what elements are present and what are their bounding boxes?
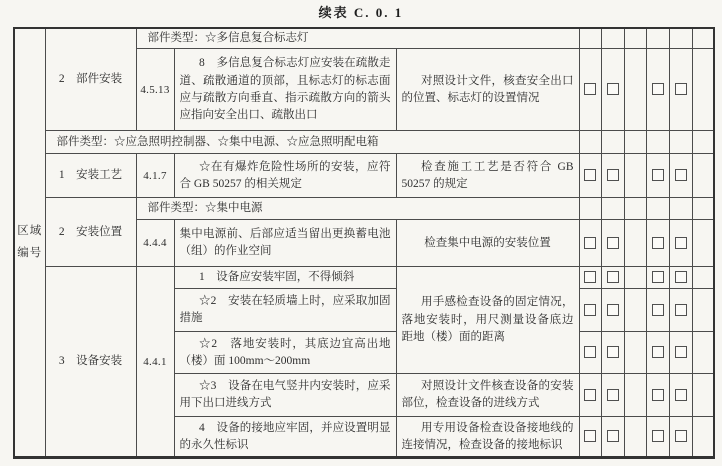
checkbox-cell	[692, 131, 714, 154]
part-type-row-multi-sign: 部件类型：☆多信息复合标志灯	[136, 28, 579, 49]
checkbox-cell	[692, 289, 714, 332]
inspection-table: 区域编号 2 部件安装 部件类型：☆多信息复合标志灯 4.5.13 8 多信息复…	[13, 27, 715, 459]
checkbox-cell	[692, 374, 714, 417]
checkbox-cell	[669, 49, 692, 131]
method-cell: 用专用设备检查设备接地线的连接情况，检查设备的接地标识	[396, 417, 579, 458]
method-cell: 对照设计文件核查设备的安装部位，检查设备的进线方式	[396, 374, 579, 417]
checkbox-cell	[646, 332, 669, 374]
checkbox[interactable]	[584, 271, 596, 283]
checkbox[interactable]	[584, 237, 596, 249]
checkbox-cell	[579, 28, 601, 49]
checkbox[interactable]	[652, 83, 664, 95]
checkbox-cell	[601, 332, 624, 374]
checkbox[interactable]	[584, 83, 596, 95]
table-row: 3 设备安装 4.4.1 1 设备应安装牢固，不得倾斜 用手感检查设备的固定情况…	[14, 267, 714, 289]
checkbox-cell	[579, 198, 601, 220]
checkbox-cell	[624, 417, 646, 458]
checkbox-cell	[624, 332, 646, 374]
checkbox-cell	[669, 417, 692, 458]
region-header-cell: 区域编号	[14, 28, 45, 458]
checkbox-cell	[579, 417, 601, 458]
checkbox-cell	[579, 154, 601, 198]
content-cell: ☆2 落地安装时，其底边宜高出地（楼）面 100mm～200mm	[174, 332, 396, 374]
checkbox-cell	[601, 154, 624, 198]
code-cell: 4.1.7	[136, 154, 174, 198]
checkbox-cell	[579, 289, 601, 332]
table-row: 部件类型：☆应急照明控制器、☆集中电源、☆应急照明配电箱	[14, 131, 714, 154]
item-cell-install-craft: 1 安装工艺	[45, 154, 136, 198]
checkbox[interactable]	[652, 430, 664, 442]
checkbox-cell	[579, 131, 601, 154]
checkbox-cell	[646, 28, 669, 49]
checkbox[interactable]	[607, 304, 619, 316]
checkbox[interactable]	[607, 346, 619, 358]
checkbox[interactable]	[675, 237, 687, 249]
content-cell: 1 设备应安装牢固，不得倾斜	[174, 267, 396, 289]
checkbox-cell	[601, 49, 624, 131]
checkbox[interactable]	[607, 430, 619, 442]
content-cell: ☆3 设备在电气竖井内安装时，应采用下出口进线方式	[174, 374, 396, 417]
checkbox-cell	[646, 220, 669, 267]
method-cell: 检查施工工艺是否符合 GB 50257 的规定	[396, 154, 579, 198]
checkbox-cell	[646, 49, 669, 131]
checkbox-cell	[624, 267, 646, 289]
checkbox-cell	[601, 267, 624, 289]
code-cell: 4.4.1	[136, 267, 174, 458]
checkbox-cell	[692, 28, 714, 49]
checkbox[interactable]	[675, 83, 687, 95]
code-cell: 4.5.13	[136, 49, 174, 131]
content-cell: ☆在有爆炸危险性场所的安装，应符合 GB 50257 的相关规定	[174, 154, 396, 198]
checkbox-cell	[692, 154, 714, 198]
table-row: 2 安装位置 部件类型：☆集中电源	[14, 198, 714, 220]
checkbox[interactable]	[584, 346, 596, 358]
checkbox[interactable]	[675, 389, 687, 401]
content-cell: 8 多信息复合标志灯应安装在疏散走道、疏散通道的顶部，且标志灯的标志面应与疏散方…	[174, 49, 396, 131]
checkbox-cell	[579, 332, 601, 374]
checkbox-cell	[601, 417, 624, 458]
method-cell: 用手感检查设备的固定情况，落地安装时，用尺测量设备底边距地（楼）面的距离	[396, 267, 579, 374]
checkbox-cell	[646, 131, 669, 154]
checkbox[interactable]	[652, 237, 664, 249]
checkbox-cell	[646, 198, 669, 220]
checkbox-cell	[624, 154, 646, 198]
checkbox[interactable]	[675, 304, 687, 316]
item-cell-component-install: 2 部件安装	[45, 28, 136, 131]
checkbox-cell	[579, 220, 601, 267]
checkbox-cell	[601, 374, 624, 417]
checkbox-cell	[669, 28, 692, 49]
checkbox-cell	[692, 198, 714, 220]
checkbox-cell	[579, 374, 601, 417]
checkbox-cell	[601, 289, 624, 332]
checkbox-cell	[692, 267, 714, 289]
checkbox[interactable]	[607, 271, 619, 283]
checkbox-cell	[646, 289, 669, 332]
checkbox-cell	[646, 417, 669, 458]
checkbox[interactable]	[607, 237, 619, 249]
checkbox-cell	[624, 198, 646, 220]
checkbox-cell	[624, 374, 646, 417]
checkbox-cell	[669, 198, 692, 220]
content-cell: 4 设备的接地应牢固，并应设置明显的永久性标识	[174, 417, 396, 458]
table-row: 1 安装工艺 4.1.7 ☆在有爆炸危险性场所的安装，应符合 GB 50257 …	[14, 154, 714, 198]
checkbox[interactable]	[584, 389, 596, 401]
part-type-row-central-power: 部件类型：☆集中电源	[136, 198, 579, 220]
item-cell-device-install: 3 设备安装	[45, 267, 136, 458]
content-cell: 集中电源前、后部应适当留出更换蓄电池（组）的作业空间	[174, 220, 396, 267]
method-cell: 检查集中电源的安装位置	[396, 220, 579, 267]
checkbox-cell	[669, 374, 692, 417]
checkbox[interactable]	[652, 169, 664, 181]
checkbox[interactable]	[675, 169, 687, 181]
checkbox-cell	[624, 28, 646, 49]
checkbox[interactable]	[652, 271, 664, 283]
checkbox-cell	[692, 49, 714, 131]
part-type-row-controller: 部件类型：☆应急照明控制器、☆集中电源、☆应急照明配电箱	[45, 131, 579, 154]
checkbox[interactable]	[607, 83, 619, 95]
checkbox-cell	[579, 49, 601, 131]
table-row: 区域编号 2 部件安装 部件类型：☆多信息复合标志灯	[14, 28, 714, 49]
checkbox[interactable]	[652, 346, 664, 358]
checkbox[interactable]	[607, 389, 619, 401]
checkbox[interactable]	[584, 430, 596, 442]
checkbox-cell	[624, 49, 646, 131]
scanned-page: 续表 C. 0. 1 区域编号 2 部件安装 部件类型：☆多信息复合标志灯 4.…	[0, 0, 722, 466]
checkbox[interactable]	[652, 304, 664, 316]
method-cell: 对照设计文件，核查安全出口的位置、标志灯的设置情况	[396, 49, 579, 131]
checkbox-cell	[692, 332, 714, 374]
checkbox-cell	[601, 131, 624, 154]
checkbox[interactable]	[652, 389, 664, 401]
checkbox-cell	[601, 198, 624, 220]
checkbox[interactable]	[675, 430, 687, 442]
checkbox[interactable]	[584, 169, 596, 181]
content-cell: ☆2 安装在轻质墙上时，应采取加固措施	[174, 289, 396, 332]
checkbox[interactable]	[584, 304, 596, 316]
checkbox-cell	[579, 267, 601, 289]
checkbox-cell	[669, 289, 692, 332]
item-cell-install-position: 2 安装位置	[45, 198, 136, 267]
checkbox-cell	[669, 131, 692, 154]
checkbox-cell	[669, 154, 692, 198]
checkbox-cell	[646, 267, 669, 289]
checkbox-cell	[646, 154, 669, 198]
checkbox-cell	[669, 332, 692, 374]
checkbox-cell	[624, 131, 646, 154]
checkbox-cell	[669, 267, 692, 289]
checkbox-cell	[624, 220, 646, 267]
checkbox[interactable]	[607, 169, 619, 181]
checkbox-cell	[692, 417, 714, 458]
code-cell: 4.4.4	[136, 220, 174, 267]
checkbox-cell	[646, 374, 669, 417]
checkbox[interactable]	[675, 271, 687, 283]
checkbox-cell	[669, 220, 692, 267]
checkbox-cell	[624, 289, 646, 332]
table-title: 续表 C. 0. 1	[0, 2, 722, 21]
checkbox-cell	[601, 220, 624, 267]
checkbox-cell	[692, 220, 714, 267]
checkbox-cell	[601, 28, 624, 49]
checkbox[interactable]	[675, 346, 687, 358]
